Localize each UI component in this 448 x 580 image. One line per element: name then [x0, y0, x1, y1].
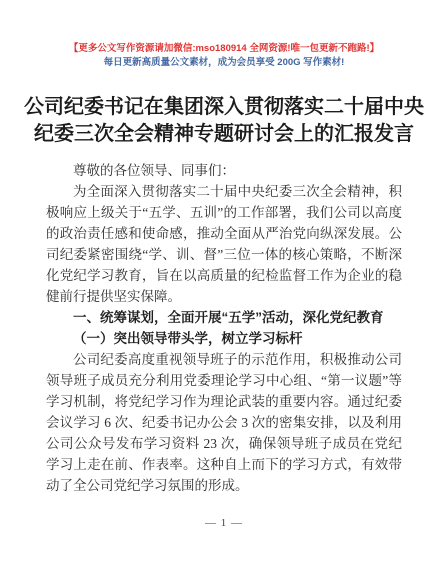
- document-title-line-1: 公司纪委书记在集团深入贯彻落实二十届中央: [0, 94, 448, 121]
- page-number: — 1 —: [0, 517, 448, 529]
- body-paragraph-1: 为全面深入贯彻落实二十届中央纪委三次全会精神，积极响应上级关于“五学、五训”的工…: [46, 181, 402, 307]
- document-title-line-2: 纪委三次全会精神专题研讨会上的汇报发言: [0, 121, 448, 148]
- section-heading-1: 一、统筹谋划，全面开展“五学”活动，深化党纪教育: [46, 307, 402, 328]
- ad-banner-line-2: 每日更新高质量公文素材，成为会员享受 200G 写作素材!: [0, 57, 448, 69]
- body-paragraph-2: 公司纪委高度重视领导班子的示范作用，积极推动公司领导班子成员充分利用党委理论学习…: [46, 349, 402, 496]
- subsection-heading-1-1: （一）突出领导带头学，树立学习标杆: [46, 328, 402, 349]
- document-title: 公司纪委书记在集团深入贯彻落实二十届中央 纪委三次全会精神专题研讨会上的汇报发言: [0, 94, 448, 148]
- document-body: 尊敬的各位领导、同事们： 为全面深入贯彻落实二十届中央纪委三次全会精神，积极响应…: [46, 160, 402, 496]
- document-page: 【更多公文写作资源请加微信:mso180914 全网资源!唯一包更新不跑路!】 …: [0, 0, 448, 580]
- watermark-ad-banner: 【更多公文写作资源请加微信:mso180914 全网资源!唯一包更新不跑路!】 …: [0, 0, 448, 69]
- salutation: 尊敬的各位领导、同事们：: [46, 160, 402, 181]
- ad-banner-line-1: 【更多公文写作资源请加微信:mso180914 全网资源!唯一包更新不跑路!】: [0, 43, 448, 55]
